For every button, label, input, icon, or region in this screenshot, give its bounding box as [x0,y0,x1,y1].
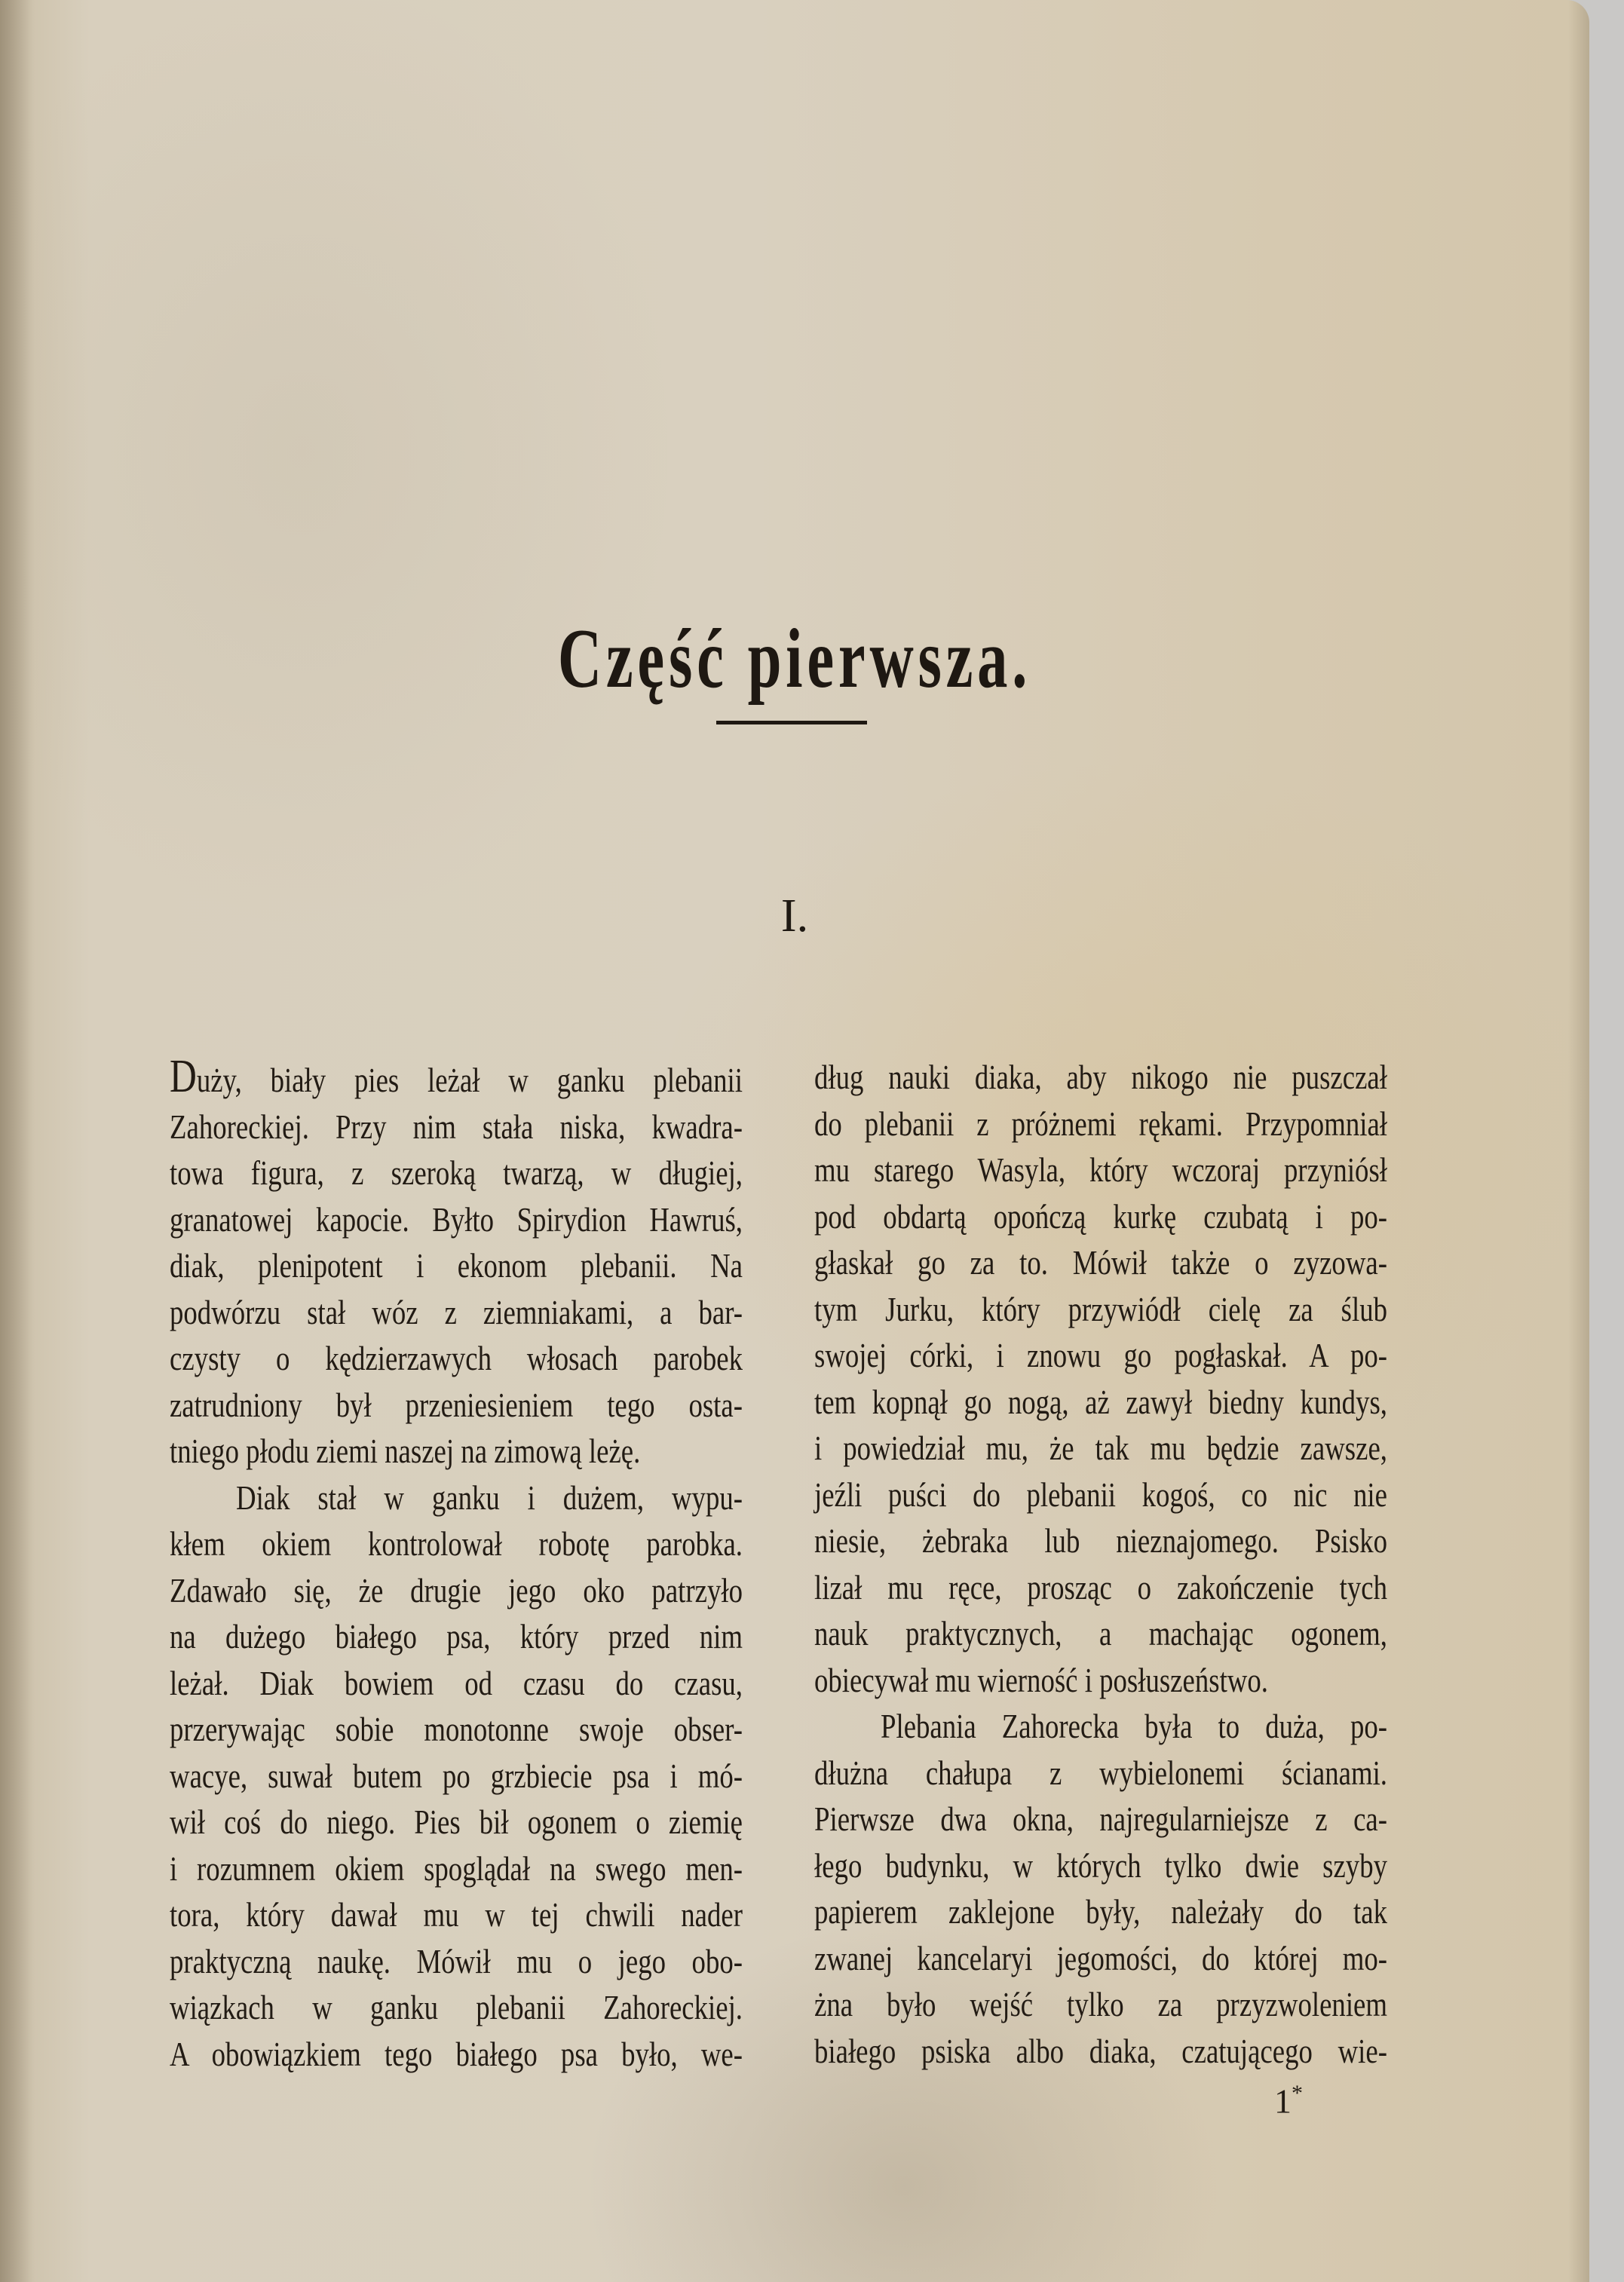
text-line: mu starego Wasyla, który wczoraj przynió… [814,1147,1387,1193]
text-line: diak, plenipotent i ekonom plebanii. Na [170,1242,743,1289]
part-title: Część pierwsza. [222,611,1367,708]
text-line: tym Jurku, który przywiódł cielę za ślub [814,1286,1387,1333]
text-line: czysty o kędzierzawych włosach parobek [170,1335,743,1382]
text-line: Zdawało się, że drugie jego oko patrzyło [170,1567,743,1614]
text-line: obiecywał mu wierność i posłuszeństwo. [814,1657,1387,1704]
signature-number: 1 [1274,2081,1292,2120]
text-line: wiązkach w ganku plebanii Zahoreckiej. [170,1984,743,2031]
text-line: kłem okiem kontrolował robotę parobka. [170,1521,743,1567]
text-line: tora, który dawał mu w tej chwili nader [170,1891,743,1938]
text-line: jeźli puści do plebanii kogoś, co nic ni… [814,1472,1387,1518]
text-line: Pierwsze dwa okna, najregularniejsze z c… [814,1796,1387,1842]
text-line: podwórzu stał wóz z ziemniakami, a bar- [170,1289,743,1336]
text-line: wił coś do niego. Pies bił ogonem o ziem… [170,1799,743,1846]
text-line: zwanej kancelaryi jegomości, do której m… [814,1935,1387,1982]
text-line: Diak stał w ganku i dużem, wypu- [170,1475,743,1521]
text-line: papierem zaklejone były, należały do tak [814,1888,1387,1935]
text-line: żna było wejść tylko za przyzwoleniem [814,1981,1387,2028]
text-line: i powiedział mu, że tak mu będzie zawsze… [814,1425,1387,1472]
text-line: pod obdartą opończą kurkę czubatą i po- [814,1193,1387,1240]
text-line: do plebanii z próżnemi rękami. Przypomni… [814,1101,1387,1147]
signature-star: * [1292,2081,1303,2106]
spine-shadow [0,0,35,2282]
text-line: tniego płodu ziemi naszej na zimową leżę… [170,1428,743,1475]
chapter-number: I. [0,890,1589,943]
text-line: lizał mu ręce, prosząc o zakończenie tyc… [814,1564,1387,1611]
text-line: Duży, biały pies leżał w ganku plebanii [170,1054,743,1104]
printer-signature-mark: 1* [1274,2081,1303,2121]
text-line: głaskał go za to. Mówił także o zyzowa- [814,1239,1387,1286]
text-column-right: dług nauki diaka, aby nikogo nie puszcza… [814,1054,1387,2074]
text-line: swojej córki, i znowu go pogłaskał. A po… [814,1332,1387,1379]
text-line: leżał. Diak bowiem od czasu do czasu, [170,1660,743,1707]
text-line: i rozumnem okiem spoglądał na swego men- [170,1846,743,1892]
drop-cap: D [170,1051,197,1102]
text-line: łego budynku, w których tylko dwie szyby [814,1842,1387,1889]
text-line: na dużego białego psa, który przed nim [170,1613,743,1660]
text-column-left: Duży, biały pies leżał w ganku plebanii … [170,1054,743,2077]
text-line: przerywając sobie monotonne swoje obser- [170,1706,743,1753]
text-line: tem kopnął go nogą, aż zawył biedny kund… [814,1379,1387,1426]
text-line: zatrudniony był przeniesieniem tego osta… [170,1382,743,1429]
text-line: białego psiska albo diaka, czatującego w… [814,2028,1387,2075]
title-rule-divider [716,721,867,724]
text-line: towa figura, z szeroką twarzą, w długiej… [170,1150,743,1196]
text-line: Zahoreckiej. Przy nim stała niska, kwadr… [170,1104,743,1150]
text-line: Plebania Zahorecka była to duża, po- [814,1703,1387,1750]
text-line-content: uży, biały pies leżał w ganku plebanii [197,1061,743,1099]
text-line: praktyczną naukę. Mówił mu o jego obo- [170,1938,743,1985]
text-line: dług nauki diaka, aby nikogo nie puszcza… [814,1054,1387,1101]
book-page: Część pierwsza. I. Duży, biały pies leża… [0,0,1589,2282]
text-line: niesie, żebraka lub nieznajomego. Psisko [814,1518,1387,1564]
text-line: dłużna chałupa z wybielonemi ścianami. [814,1750,1387,1797]
text-line: granatowej kapocie. Byłto Spirydion Hawr… [170,1196,743,1243]
text-line: nauk praktycznych, a machając ogonem, [814,1610,1387,1657]
text-line: A obowiązkiem tego białego psa było, we- [170,2031,743,2078]
text-line: wacye, suwał butem po grzbiecie psa i mó… [170,1753,743,1800]
